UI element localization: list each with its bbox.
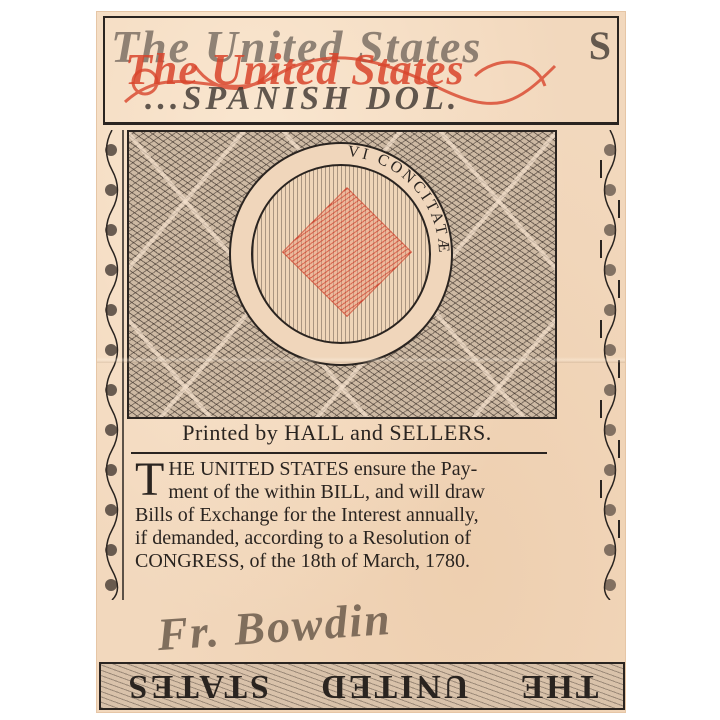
- text-line: CONGRESS, of the 18th of March, 1780.: [135, 550, 555, 573]
- svg-text:VI CONCITATÆ: VI CONCITATÆ: [347, 144, 451, 256]
- note-header: The United States The United States ...S…: [103, 16, 619, 125]
- dropcap: T: [135, 460, 164, 500]
- header-denomination: ...SPANISH DOL.: [145, 80, 460, 118]
- divider-rule: [131, 452, 547, 454]
- footer-word: STATES: [126, 667, 269, 705]
- footer-word: THE: [518, 667, 599, 705]
- fold-crease: [97, 357, 625, 363]
- footer-word: UNITED: [318, 667, 468, 705]
- vine-border-icon: [597, 130, 623, 600]
- signature: Fr. Bowdin: [155, 592, 393, 661]
- vine-border-icon: [99, 130, 125, 600]
- text-line: HE UNITED STATES ensure the Pay-: [135, 458, 555, 481]
- text-line: Bills of Exchange for the Interest annua…: [135, 504, 555, 527]
- text-line: ment of the within BILL, and will draw: [135, 481, 555, 504]
- right-ornamental-border: [597, 130, 623, 600]
- seal-motto: VI CONCITATÆ: [347, 144, 451, 256]
- header-right-letter: S: [589, 22, 611, 69]
- promissory-text: T HE UNITED STATES ensure the Pay- ment …: [135, 458, 555, 573]
- left-ornamental-border: [99, 130, 125, 600]
- printer-line: Printed by HALL and SELLERS.: [97, 420, 577, 446]
- currency-note: The United States The United States ...S…: [97, 12, 625, 712]
- inverted-footer-banner: THE UNITED STATES: [99, 662, 625, 710]
- seal: VI CONCITATÆ: [229, 142, 453, 366]
- text-line: if demanded, according to a Resolution o…: [135, 527, 555, 550]
- engraved-panel: VI CONCITATÆ: [127, 130, 557, 419]
